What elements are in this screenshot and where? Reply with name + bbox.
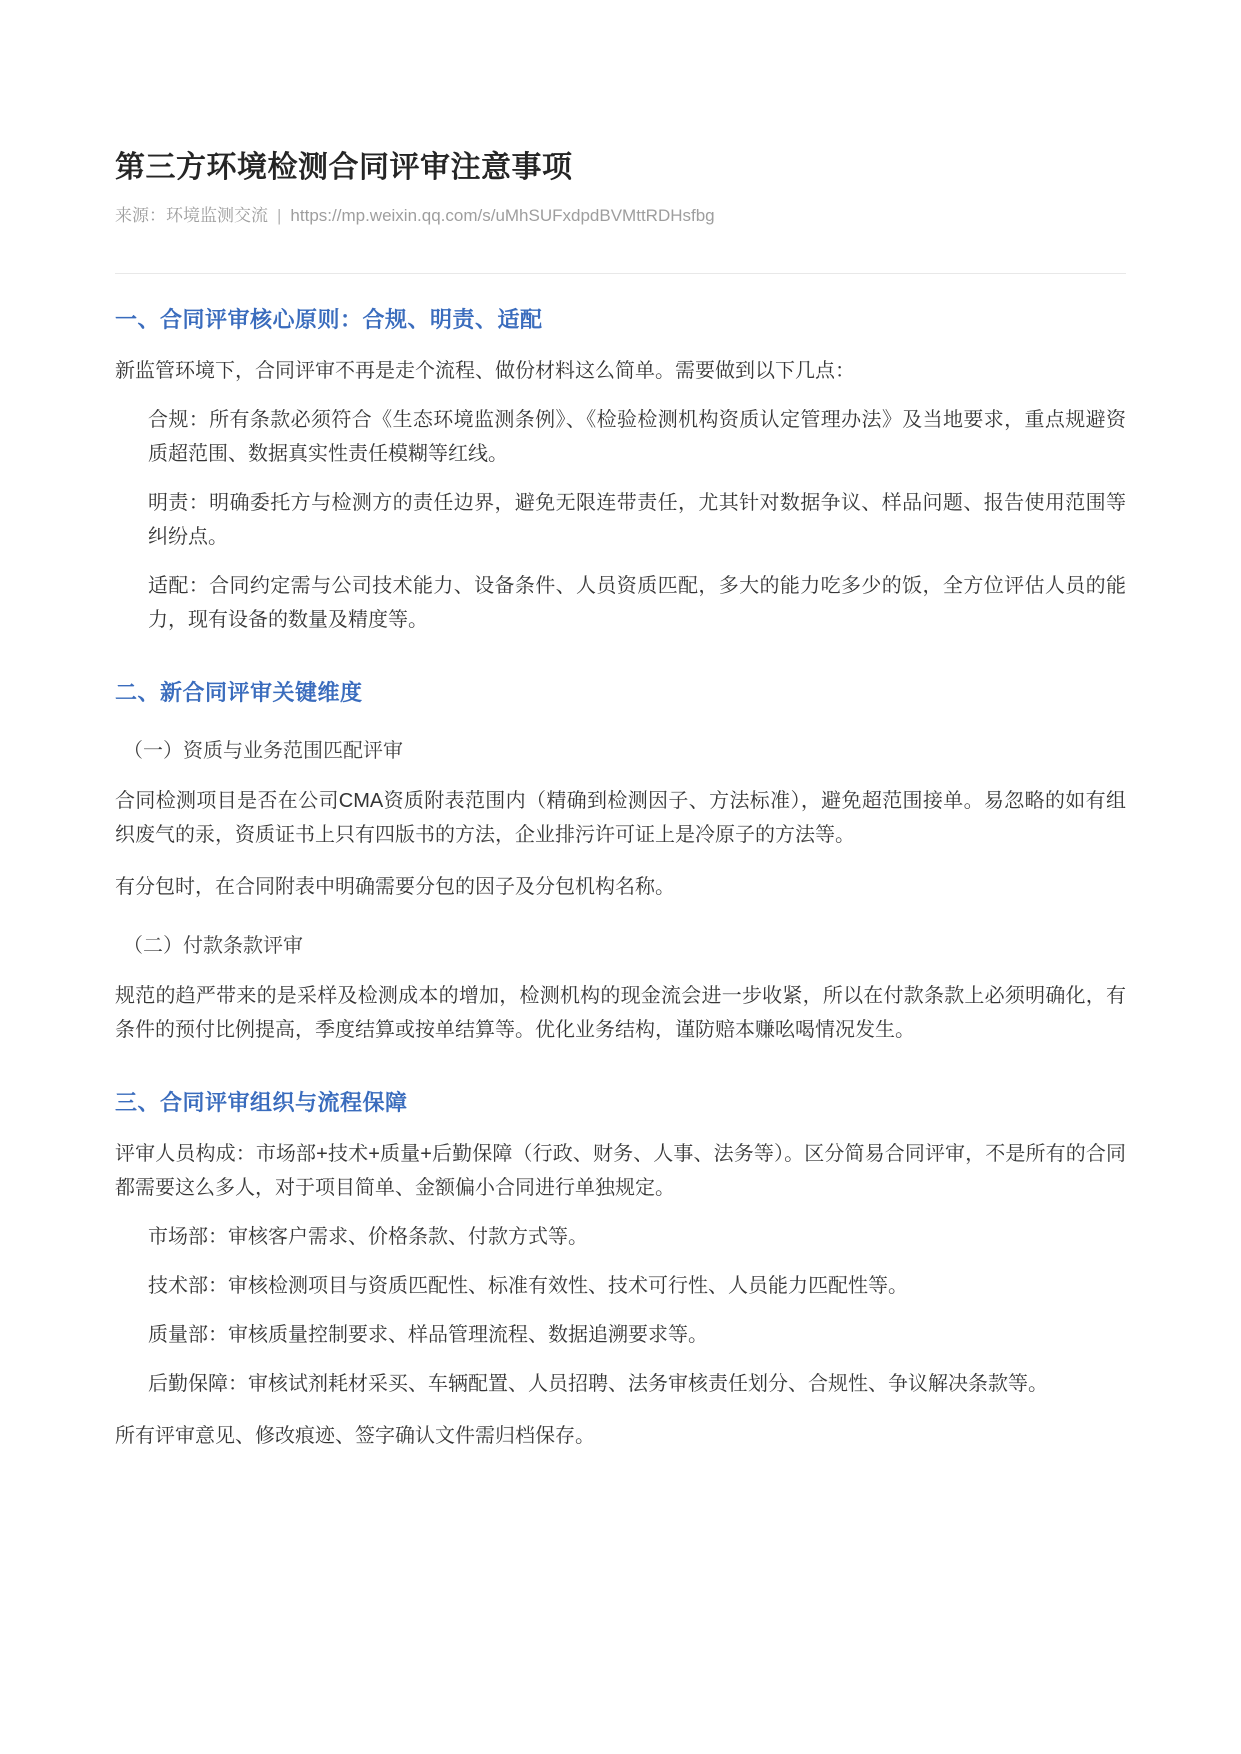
divider	[115, 273, 1126, 274]
indent-item: 质量部：审核质量控制要求、样品管理流程、数据追溯要求等。	[115, 1318, 1126, 1352]
paragraph: 评审人员构成：市场部+技术+质量+后勤保障（行政、财务、人事、法务等）。区分简易…	[115, 1137, 1126, 1205]
paragraph: 有分包时，在合同附表中明确需要分包的因子及分包机构名称。	[115, 870, 1126, 904]
indent-item: 技术部：审核检测项目与资质匹配性、标准有效性、技术可行性、人员能力匹配性等。	[115, 1269, 1126, 1303]
section-organization-process: 三、合同评审组织与流程保障 评审人员构成：市场部+技术+质量+后勤保障（行政、财…	[115, 1087, 1126, 1453]
section-heading: 二、新合同评审关键维度	[115, 677, 1126, 709]
section-core-principles: 一、合同评审核心原则：合规、明责、适配 新监管环境下，合同评审不再是走个流程、做…	[115, 304, 1126, 637]
indent-item: 市场部：审核客户需求、价格条款、付款方式等。	[115, 1220, 1126, 1254]
paragraph: 所有评审意见、修改痕迹、签字确认文件需归档保存。	[115, 1419, 1126, 1453]
sub-heading: （二）付款条款评审	[115, 931, 1126, 961]
section-heading: 三、合同评审组织与流程保障	[115, 1087, 1126, 1119]
indent-item: 合规：所有条款必须符合《生态环境监测条例》、《检验检测机构资质认定管理办法》及当…	[115, 403, 1126, 471]
source-separator: |	[277, 206, 281, 225]
source-label: 来源：环境监测交流	[115, 206, 268, 225]
sub-heading: （一）资质与业务范围匹配评审	[115, 736, 1126, 766]
indent-item: 后勤保障：审核试剂耗材采买、车辆配置、人员招聘、法务审核责任划分、合规性、争议解…	[115, 1367, 1126, 1401]
article-page: 第三方环境检测合同评审注意事项 来源：环境监测交流|https://mp.wei…	[0, 0, 1241, 1453]
paragraph: 新监管环境下，合同评审不再是走个流程、做份材料这么简单。需要做到以下几点：	[115, 354, 1126, 388]
source-url: https://mp.weixin.qq.com/s/uMhSUFxdpdBVM…	[290, 206, 714, 225]
indent-item: 适配：合同约定需与公司技术能力、设备条件、人员资质匹配，多大的能力吃多少的饭，全…	[115, 569, 1126, 637]
section-heading: 一、合同评审核心原则：合规、明责、适配	[115, 304, 1126, 336]
paragraph: 规范的趋严带来的是采样及检测成本的增加，检测机构的现金流会进一步收紧，所以在付款…	[115, 979, 1126, 1047]
page-title: 第三方环境检测合同评审注意事项	[115, 148, 1126, 188]
source-line: 来源：环境监测交流|https://mp.weixin.qq.com/s/uMh…	[115, 204, 1126, 228]
indent-item: 明责：明确委托方与检测方的责任边界，避免无限连带责任，尤其针对数据争议、样品问题…	[115, 486, 1126, 554]
section-key-dimensions: 二、新合同评审关键维度 （一）资质与业务范围匹配评审 合同检测项目是否在公司CM…	[115, 677, 1126, 1047]
paragraph: 合同检测项目是否在公司CMA资质附表范围内（精确到检测因子、方法标准），避免超范…	[115, 784, 1126, 852]
